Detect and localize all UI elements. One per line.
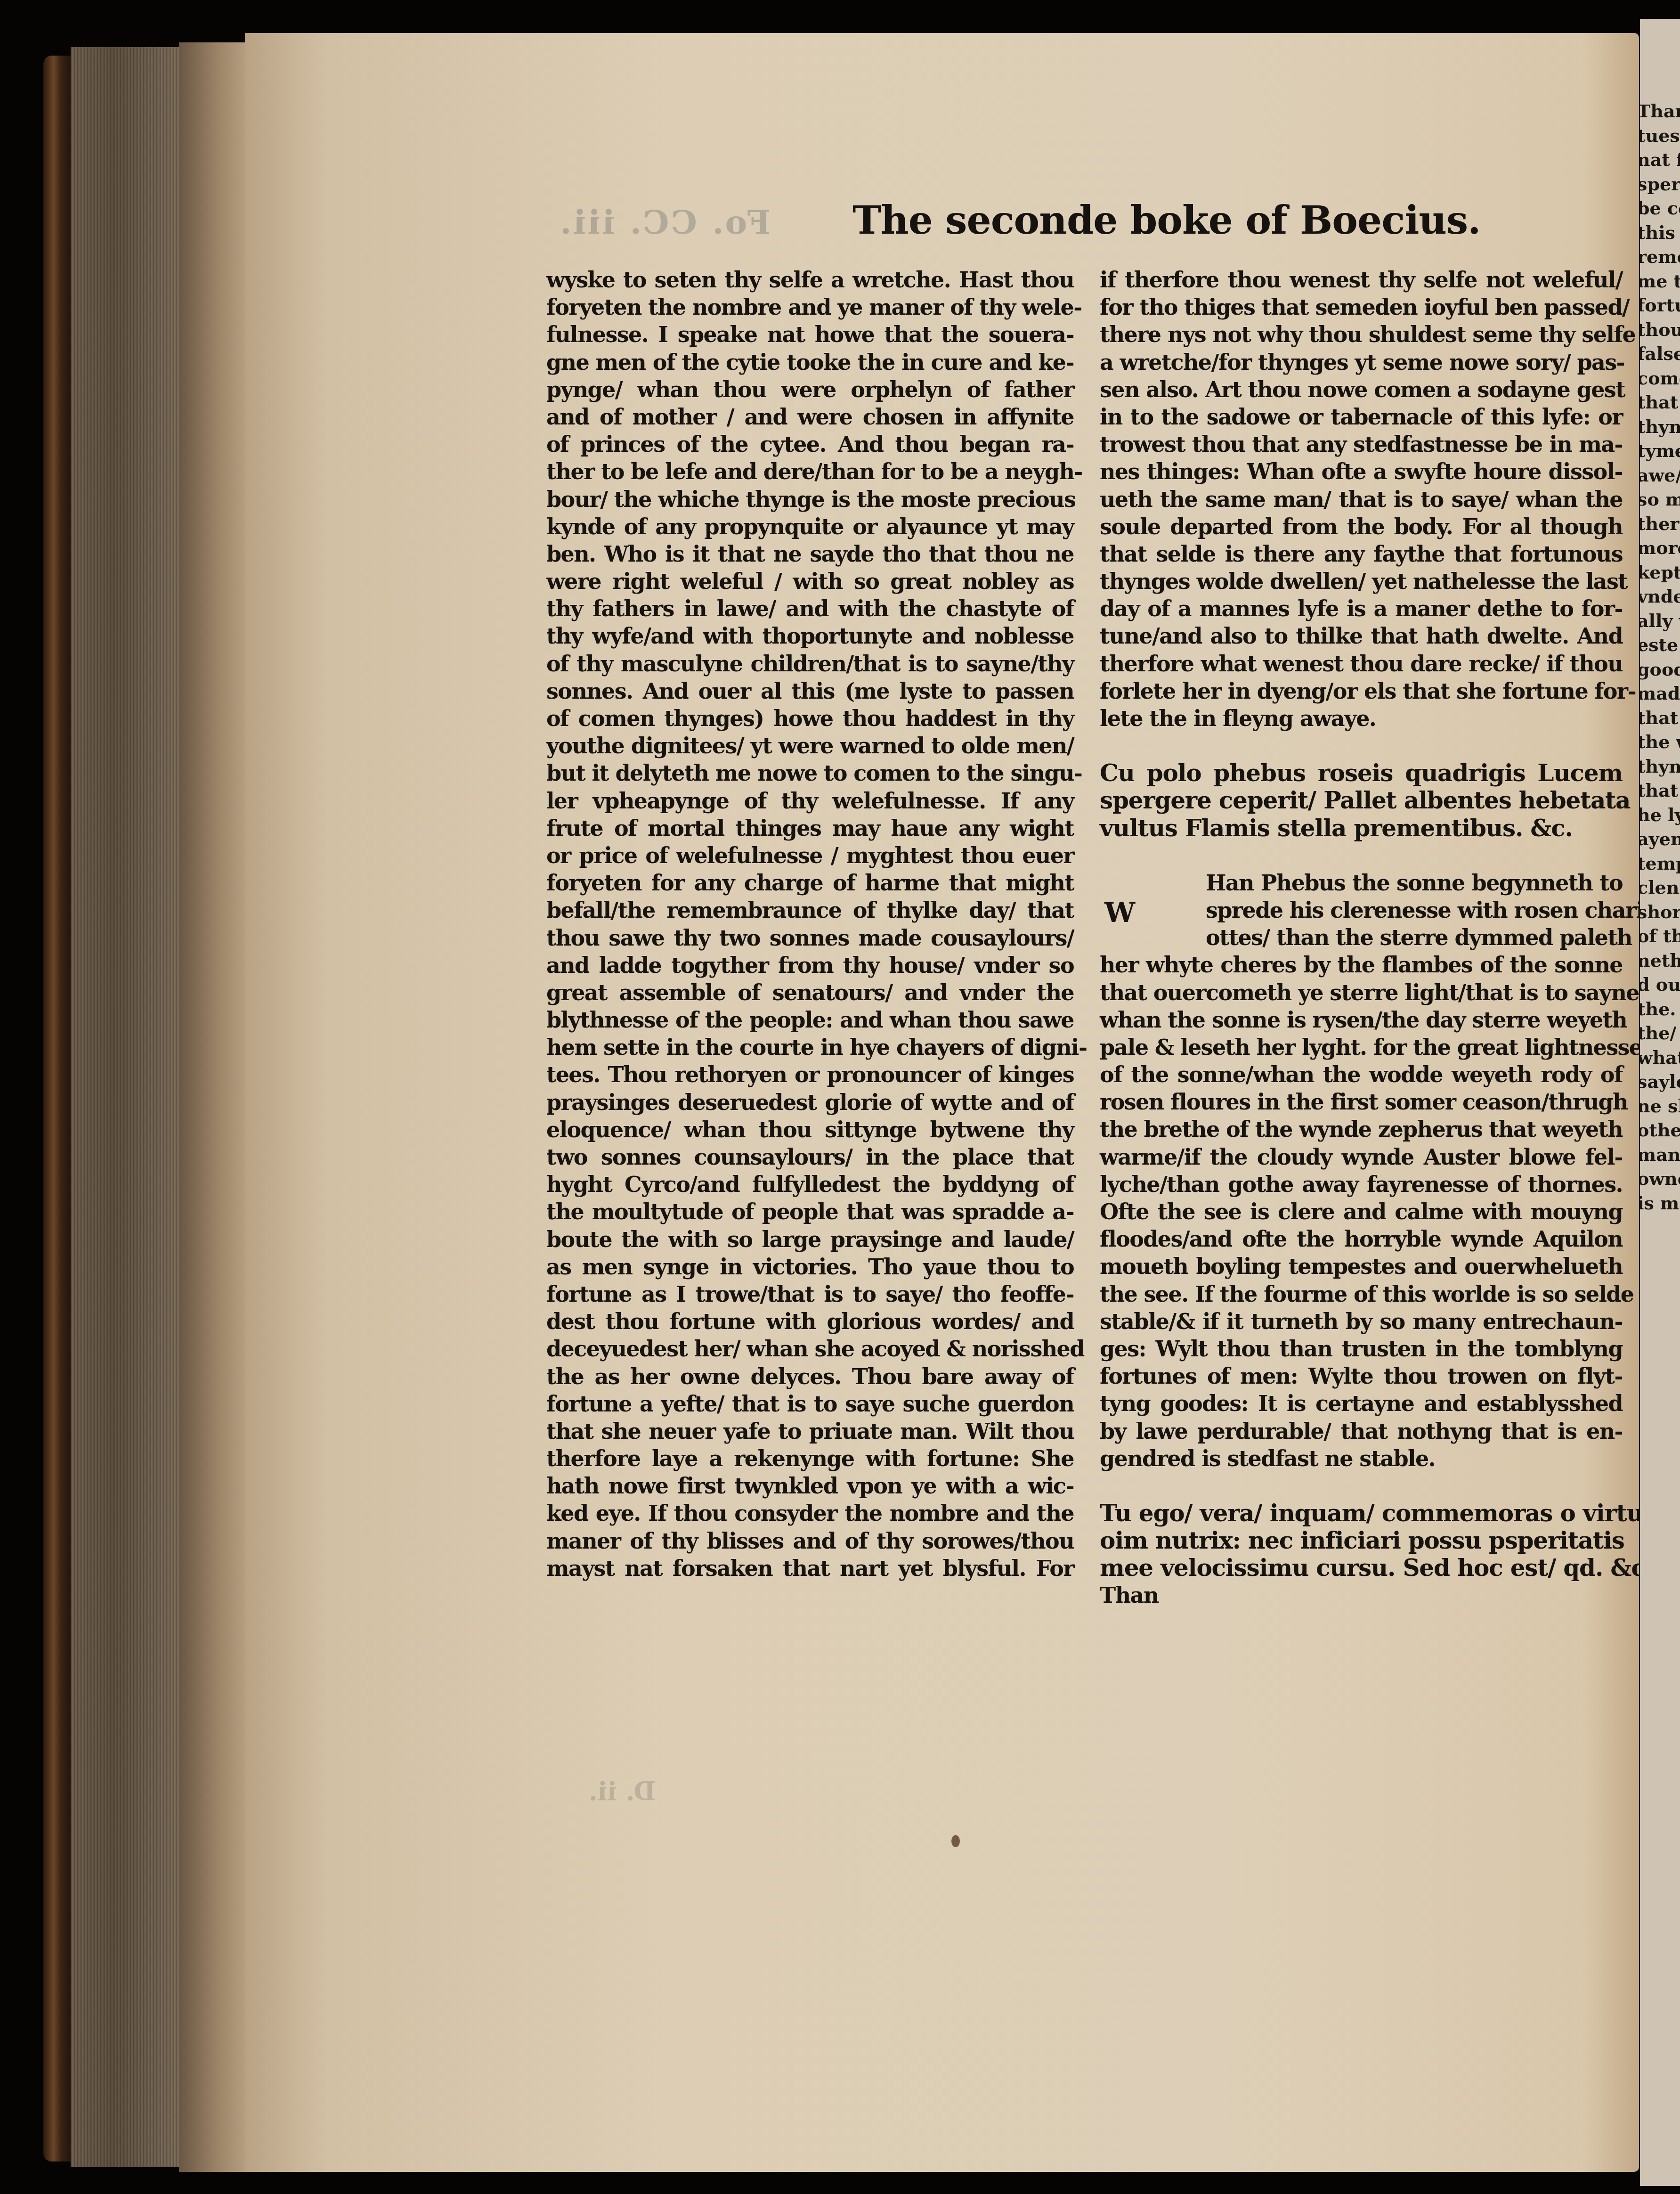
text-line: thy fathers in lawe/ and with the chasty… <box>546 595 1074 622</box>
sliver-line: made Symo <box>1640 681 1680 706</box>
sliver-line: fortune is to <box>1640 293 1680 318</box>
text-line: and of mother / and were chosen in affyn… <box>546 403 1074 431</box>
sliver-line: ally vpon y <box>1640 609 1680 633</box>
sliver-line: sperte/that <box>1640 172 1680 196</box>
latin-line: spergere ceperit/ Pallet albentes hebeta… <box>1100 787 1623 814</box>
text-line: blythnesse of the people: and whan thou … <box>546 1006 1074 1034</box>
verse-line: by lawe perdurable/ that nothyng that is… <box>1100 1418 1623 1445</box>
text-line: foryeten the nombre and ye maner of thy … <box>546 294 1074 321</box>
sliver-line: be comen to <box>1640 196 1680 220</box>
drop-cap: W <box>1104 897 1135 929</box>
text-line: thy wyfe/and with thoportunyte and noble… <box>546 622 1074 650</box>
text-line: hath nowe first twynkled vpon ye with a … <box>546 1472 1074 1500</box>
verse-line: moueth boyling tempestes and ouerwheluet… <box>1100 1253 1623 1280</box>
sliver-line: awe/ it is <box>1640 463 1680 488</box>
text-line: fulnesse. I speake nat howe that the sou… <box>546 321 1074 348</box>
verse-line: sprede his clerenesse with rosen chari- <box>1100 897 1623 924</box>
sliver-line: owne lyues/ <box>1640 1166 1680 1191</box>
sliver-line: este yet thy <box>1640 633 1680 657</box>
section-gap <box>1100 842 1623 869</box>
text-line: sen also. Art thou nowe comen a sodayne … <box>1100 376 1623 403</box>
book-binding <box>43 56 73 2161</box>
text-line: hem sette in the courte in hye chayers o… <box>546 1034 1074 1061</box>
sliver-line: what shal I <box>1640 1045 1680 1070</box>
text-line: great assemble of senatours/ and vnder t… <box>546 979 1074 1006</box>
sliver-line: thyn owne <box>1640 754 1680 779</box>
latin-line: oim nutrix: nec inficiari possu psperita… <box>1100 1527 1623 1554</box>
ink-stain <box>951 1835 960 1847</box>
latin-line: Cu polo phebus roseis quadrigis Lucem <box>1100 759 1623 787</box>
sliver-line: other & of h <box>1640 1118 1680 1142</box>
sliver-line: me the mos <box>1640 269 1680 294</box>
text-line: trowest thou that any stedfastnesse be i… <box>1100 431 1623 458</box>
verse-line: floodes/and ofte the horryble wynde Aqui… <box>1100 1225 1623 1253</box>
verse-line: ottes/ than the sterre dymmed paleth <box>1100 924 1623 951</box>
text-line: day of a mannes lyfe is a maner dethe to… <box>1100 595 1623 622</box>
text-line: but it delyteth me nowe to comen to the … <box>546 759 1074 787</box>
text-line: foryeten for any charge of harme that mi… <box>546 869 1074 897</box>
text-line: fortune as I trowe/that is to saye/ tho … <box>546 1281 1074 1308</box>
sliver-line: of the/that <box>1640 924 1680 948</box>
sliver-line: tues <box>1640 123 1680 148</box>
sliver-line: neth to the <box>1640 948 1680 973</box>
section-gap <box>1100 732 1623 759</box>
sliver-line: Than <box>1640 99 1680 123</box>
sliver-line: d ouerco <box>1640 972 1680 997</box>
sliver-line: the whiche ma <box>1640 730 1680 754</box>
gutter-fold <box>179 42 250 2172</box>
text-line: soule departed from the body. For al tho… <box>1100 513 1623 540</box>
text-line: were right weleful / with so great noble… <box>546 568 1074 595</box>
text-line: ther to be lefe and dere/than for to be … <box>546 458 1074 485</box>
sliver-line: that men doon <box>1640 778 1680 803</box>
text-line: there nys not why thou shuldest seme thy… <box>1100 321 1623 348</box>
text-line: eloquence/ whan thou sittynge bytwene th… <box>546 1116 1074 1143</box>
sliver-line: ne shynet <box>1640 1094 1680 1118</box>
text-line: deceyuedest her/ whan she acoyed & noris… <box>546 1335 1074 1362</box>
text-line: pynge/ whan thou were orphelyn of father <box>546 376 1074 403</box>
verse-line: the brethe of the wynde zepherus that we… <box>1100 1116 1623 1143</box>
text-line: tune/and also to thilke that hath dwelte… <box>1100 622 1623 650</box>
verse-line: warme/if the cloudy wynde Auster blowe f… <box>1100 1143 1623 1171</box>
verse-line: rosen floures in the first somer ceason/… <box>1100 1088 1623 1116</box>
bleedthrough-signature: D. ii. <box>589 1776 656 1806</box>
sliver-line: sayloures/ o <box>1640 1069 1680 1094</box>
text-line: the moultytude of people that was spradd… <box>546 1198 1074 1225</box>
sliver-line: remembren <box>1640 245 1680 269</box>
verse-line: fortunes of men: Wylte thou trowen on fl… <box>1100 1362 1623 1390</box>
text-line: a wretche/for thynges yt seme nowe sory/… <box>1100 349 1623 376</box>
text-line: mayst nat forsaken that nart yet blysful… <box>546 1555 1074 1582</box>
next-page-sliver: Thantuesnat forsakesperte/thatbe comen t… <box>1640 19 1680 2186</box>
sliver-line: good poyn <box>1640 657 1680 682</box>
text-line: fortune a yefte/ that is to saye suche g… <box>546 1390 1074 1418</box>
sliver-line: ayenst him. <box>1640 827 1680 851</box>
verse-line: stable/& if it turneth by so many entrec… <box>1100 1308 1623 1335</box>
text-line: ked eye. If thou consyder the nombre and… <box>546 1500 1074 1527</box>
text-line: of thy masculyne children/that is to say… <box>546 650 1074 677</box>
text-line: lete the in fleyng awaye. <box>1100 705 1623 732</box>
sliver-line: therfore if t <box>1640 512 1680 536</box>
text-line: for tho thiges that semeden ioyful ben p… <box>1100 294 1623 321</box>
sliver-line: shortly he <box>1640 900 1680 924</box>
text-line: wyske to seten thy selfe a wretche. Hast… <box>546 266 1074 294</box>
verse-line: Ofte the see is clere and calme with mou… <box>1100 1198 1623 1225</box>
text-line: if therfore thou wenest thy selfe not we… <box>1100 266 1623 294</box>
sliver-line: thynges. T <box>1640 415 1680 439</box>
verse-line: lyche/than gothe away fayrenesse of thor… <box>1100 1171 1623 1198</box>
verse-line: pale & leseth her lyght. for the great l… <box>1100 1034 1623 1061</box>
text-line: befall/the remembraunce of thylke day/ t… <box>546 897 1074 924</box>
sliver-line: tempre of w <box>1640 851 1680 876</box>
text-line: therfore laye a rekenynge with fortune: … <box>546 1445 1074 1472</box>
sliver-line: kept to the <box>1640 560 1680 585</box>
sliver-line: the. In th <box>1640 997 1680 1021</box>
verse-line: her whyte cheres by the flambes of the s… <box>1100 951 1623 979</box>
running-head: The seconde boke of Boecius. <box>852 198 1481 243</box>
text-line: kynde of any propynquite or alyaunce yt … <box>546 513 1074 540</box>
left-column: wyske to seten thy selfe a wretche. Hast… <box>546 266 1074 1582</box>
verse-line: ges: Wylt thou than trusten in the tombl… <box>1100 1335 1623 1362</box>
text-line: the as her owne delyces. Thou bare away … <box>546 1363 1074 1390</box>
text-line: dest thou fortune with glorious wordes/ … <box>546 1308 1074 1335</box>
latin-heading-2: Tu ego/ vera/ inquam/ commemoras o virtu… <box>1100 1500 1623 1582</box>
text-line: frute of mortal thinges may haue any wig… <box>546 815 1074 842</box>
sliver-line: thou abyest <box>1640 318 1680 342</box>
text-line: that selde is there any faythe that fort… <box>1100 540 1623 568</box>
sliver-line: tyme of au <box>1640 439 1680 463</box>
sliver-line: the/ tha <box>1640 1021 1680 1045</box>
latin-line: mee velocissimu cursu. Sed hoc est/ qd. … <box>1100 1554 1623 1582</box>
text-line: bour/ the whiche thynge is the moste pre… <box>546 486 1074 513</box>
text-line: boute the with so large praysinge and la… <box>546 1226 1074 1253</box>
catchword: Than <box>1100 1582 1623 1609</box>
text-line: ler vpheapynge of thy welefulnesse. If a… <box>546 787 1074 815</box>
prose-section-1: if therfore thou wenest thy selfe not we… <box>1100 266 1623 732</box>
text-line: ben. Who is it that ne sayde tho that th… <box>546 540 1074 568</box>
sliver-line: he lyueth <box>1640 803 1680 827</box>
right-column: if therfore thou wenest thy selfe not we… <box>1100 266 1623 1609</box>
verse-line: that ouercometh ye sterre light/that is … <box>1100 979 1623 1006</box>
page-edges <box>71 47 179 2167</box>
text-line: as men synge in victories. Tho yaue thou… <box>546 1253 1074 1281</box>
next-page-text: Thantuesnat forsakesperte/thatbe comen t… <box>1640 99 1680 1215</box>
text-line: of comen thynges) howe thou haddest in t… <box>546 705 1074 732</box>
sliver-line: more pre <box>1640 536 1680 560</box>
sliver-line: vndefouled <box>1640 584 1680 609</box>
section-gap <box>1100 1472 1623 1500</box>
verse-translation: W Han Phebus the sonne begynneth tospred… <box>1100 869 1623 1472</box>
sliver-line: many cure <box>1640 1142 1680 1167</box>
text-line: praysinges deseruedest glorie of wytte a… <box>546 1089 1074 1116</box>
text-line: and ladde togyther from thy house/ vnder… <box>546 952 1074 979</box>
verse-line: of the sonne/whan the wodde weyeth rody … <box>1100 1061 1623 1088</box>
text-line: youthe dignitees/ yt were warned to olde… <box>546 732 1074 759</box>
text-line: forlete her in dyeng/or els that she for… <box>1100 677 1623 705</box>
text-line: or price of welefulnesse / myghtest thou… <box>546 842 1074 869</box>
text-line: two sonnes counsaylours/ in the place th… <box>546 1143 1074 1171</box>
text-line: therfore what wenest thou dare recke/ if… <box>1100 650 1623 677</box>
sliver-line: that is a man <box>1640 706 1680 730</box>
text-line: thynges wolde dwellen/ yet nathelesse th… <box>1100 568 1623 595</box>
text-line: maner of thy blisses and of thy sorowes/… <box>546 1527 1074 1555</box>
sliver-line: so many <box>1640 487 1680 512</box>
sliver-line: that thou ho <box>1640 390 1680 415</box>
sliver-line: this is a thin <box>1640 220 1680 245</box>
verse-line: Han Phebus the sonne begynneth to <box>1100 869 1623 897</box>
text-line: ueth the same man/ that is to saye/ whan… <box>1100 486 1623 513</box>
latin-line: Tu ego/ vera/ inquam/ commemoras o virtu… <box>1100 1500 1623 1527</box>
verse-line: tyng goodes: It is certayne and establys… <box>1100 1390 1623 1417</box>
text-line: gne men of the cytie tooke the in cure a… <box>546 349 1074 376</box>
latin-line: vultus Flamis stella prementibus. &c. <box>1100 815 1623 842</box>
latin-heading-1: Cu polo phebus roseis quadrigis Lucemspe… <box>1100 759 1623 842</box>
text-line: tees. Thou rethoryen or pronouncer of ki… <box>546 1061 1074 1088</box>
sliver-line: nat forsake <box>1640 147 1680 172</box>
verse-line: the see. If the fourme of this worlde is… <box>1100 1281 1623 1308</box>
verse-line: gendred is stedfast ne stable. <box>1100 1445 1623 1472</box>
sliver-line: comen ne a <box>1640 366 1680 391</box>
text-line: in to the sadowe or tabernacle of this l… <box>1100 403 1623 431</box>
sliver-line: false opinyo <box>1640 342 1680 366</box>
text-line: thou sawe thy two sonnes made cousaylour… <box>546 924 1074 952</box>
sliver-line: clennesse o <box>1640 875 1680 900</box>
text-line: sonnes. And ouer al this (me lyste to pa… <box>546 677 1074 705</box>
verse-line: whan the sonne is rysen/the day sterre w… <box>1100 1006 1623 1034</box>
text-line: hyght Cyrco/and fulfylledest the byddyng… <box>546 1171 1074 1198</box>
sliver-line: is make the <box>1640 1191 1680 1215</box>
text-line: nes thinges: Whan ofte a swyfte houre di… <box>1100 458 1623 485</box>
bleedthrough-folio: Fo. CC. iii. <box>558 203 771 242</box>
text-line: of princes of the cytee. And thou began … <box>546 431 1074 458</box>
text-line: that she neuer yafe to priuate man. Wilt… <box>546 1418 1074 1445</box>
